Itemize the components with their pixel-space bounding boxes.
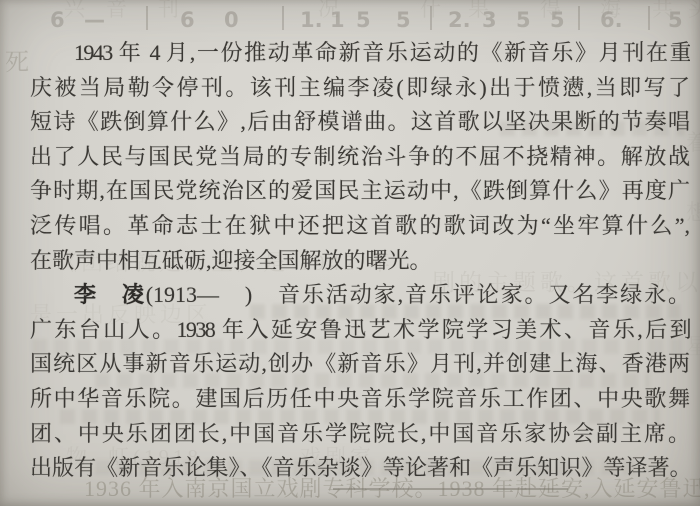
text-line: 出版有《新音乐论集》、《音乐杂谈》等论著和《声乐知识》等译著。 [30,451,690,486]
bleed-notation-number: 1. [300,8,323,32]
text-line: 团、中央乐团团长,中国音乐学院院长,中国音乐家协会副主席。 [30,417,690,452]
entry-headword: 李 凌 [74,282,146,307]
text-line: 李 凌(1913— ) 音乐活动家,音乐评论家。又名李绿永。 [30,278,690,313]
bleed-notation-number: 5 [396,8,411,32]
bleed-character: 刊 [158,0,179,23]
text-line: 庆被当局勒令停刊。该刊主编李凌(即绿永)出于愤懑,当即写了 [30,71,690,106]
bleed-character: 音 [106,0,127,23]
scanned-book-page: 兴音刊况什果得海共头6—601.1552.3556.5死《团结就是力量》是 19… [0,0,700,506]
bleed-notation-number: 5 [516,8,531,32]
bleed-notation-number: 0 [224,8,239,32]
text-line: 短诗《跌倒算什么》,后由舒模谱曲。这首歌以坚决果断的节奏唱 [30,105,690,140]
bleed-notation-number: 6. [600,8,623,32]
bleed-notation-barline [578,6,580,30]
text-line: 出了人民与国民党当局的专制统治斗争的不屈不挠精神。解放战 [30,140,690,175]
bleed-character: 头 [688,0,700,23]
paragraph: 李 凌(1913— ) 音乐活动家,音乐评论家。又名李绿永。广东台山人。1938… [30,278,690,486]
bleed-notation-barline [146,6,148,30]
bleed-notation-number: 3 [482,8,497,32]
bleed-notation-number: 5 [356,8,371,32]
text-line: 泛传唱。革命志士在狱中还把这首歌的歌词改为“坐牢算什么”, [30,209,690,244]
paragraph: 1943 年 4 月,一份推动革命新音乐运动的《新音乐》月刊在重庆被当局勒令停刊… [30,36,690,278]
text-line: 国统区从事新音乐运动,创办《新音乐》月刊,并创建上海、香港两 [30,347,690,382]
bleed-notation-number: 6 [180,8,195,32]
bleed-notation-number: 1 [330,8,345,32]
bleed-notation-barline [430,6,432,30]
text-line: 在歌声中相互砥砺,迎接全国解放的曙光。 [30,244,690,279]
bleed-notation-barline [282,6,284,30]
bleed-notation-number: 6 [50,8,65,32]
bleed-notation-number: 5 [668,8,683,32]
text-line: 争时期,在国民党统治区的爱国民主运动中,《跌倒算什么》再度广 [30,174,690,209]
text-line: 广东台山人。1938 年入延安鲁迅艺术学院学习美术、音乐,后到 [30,313,690,348]
bleed-character: 兴 [64,0,85,23]
bleed-character: 死 [5,42,29,77]
encyclopedia-entry-text: 1943 年 4 月,一份推动革命新音乐运动的《新音乐》月刊在重庆被当局勒令停刊… [30,36,690,486]
bleed-notation-barline [648,6,650,30]
bleed-notation-number: 5 [550,8,565,32]
text-line: 1943 年 4 月,一份推动革命新音乐运动的《新音乐》月刊在重 [30,36,690,71]
bleed-rule-line [333,488,568,490]
text-line: 所中华音乐院。建国后历任中央音乐学院音乐工作团、中央歌舞 [30,382,690,417]
bleed-notation-number: — [84,8,105,32]
bleed-notation-number: 2. [448,8,471,32]
